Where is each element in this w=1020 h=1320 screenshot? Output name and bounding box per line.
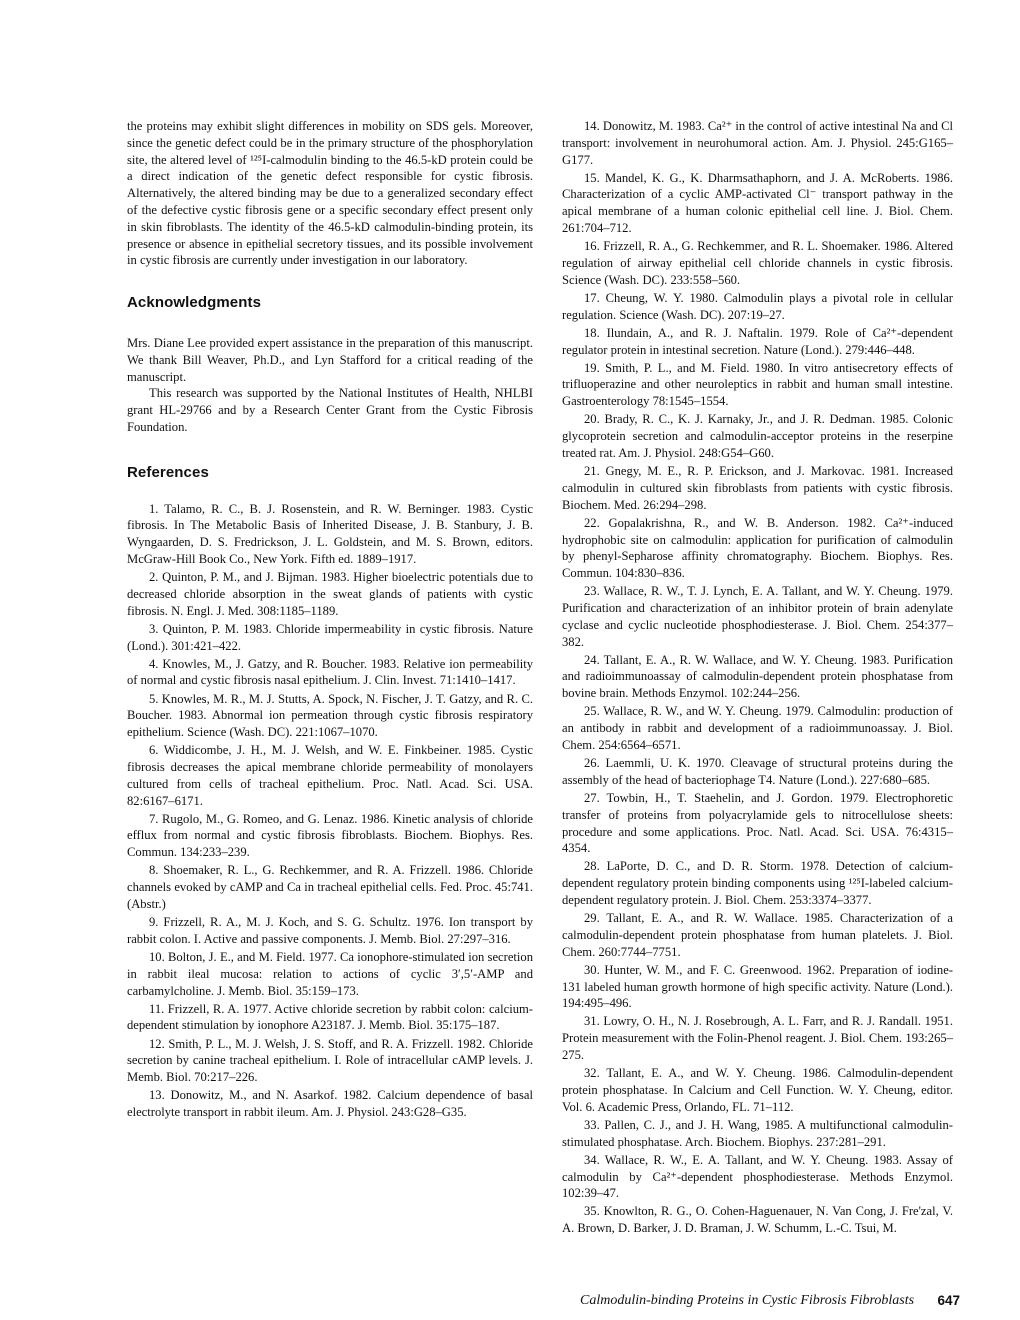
reference-item: 28. LaPorte, D. C., and D. R. Storm. 197… — [562, 858, 953, 908]
reference-item: 26. Laemmli, U. K. 1970. Cleavage of str… — [562, 755, 953, 789]
reference-item: 35. Knowlton, R. G., O. Cohen-Haguenauer… — [562, 1203, 953, 1237]
reference-item: 30. Hunter, W. M., and F. C. Greenwood. … — [562, 962, 953, 1012]
page-number: 647 — [937, 1293, 960, 1308]
reference-item: 33. Pallen, C. J., and J. H. Wang, 1985.… — [562, 1117, 953, 1151]
reference-item: 7. Rugolo, M., G. Romeo, and G. Lenaz. 1… — [127, 811, 533, 861]
reference-item: 9. Frizzell, R. A., M. J. Koch, and S. G… — [127, 914, 533, 948]
acknowledgments-heading: Acknowledgments — [127, 295, 533, 312]
reference-item: 1. Talamo, R. C., B. J. Rosenstein, and … — [127, 501, 533, 568]
reference-item: 21. Gnegy, M. E., R. P. Erickson, and J.… — [562, 463, 953, 513]
reference-item: 31. Lowry, O. H., N. J. Rosebrough, A. L… — [562, 1013, 953, 1063]
running-title: Calmodulin-binding Proteins in Cystic Fi… — [580, 1293, 914, 1308]
reference-item: 25. Wallace, R. W., and W. Y. Cheung. 19… — [562, 703, 953, 753]
reference-item: 10. Bolton, J. E., and M. Field. 1977. C… — [127, 949, 533, 999]
reference-item: 18. Ilundain, A., and R. J. Naftalin. 19… — [562, 325, 953, 359]
reference-item: 13. Donowitz, M., and N. Asarkof. 1982. … — [127, 1087, 533, 1121]
reference-item: 20. Brady, R. C., K. J. Karnaky, Jr., an… — [562, 411, 953, 461]
reference-item: 2. Quinton, P. M., and J. Bijman. 1983. … — [127, 569, 533, 619]
reference-item: 16. Frizzell, R. A., G. Rechkemmer, and … — [562, 238, 953, 288]
reference-item: 34. Wallace, R. W., E. A. Tallant, and W… — [562, 1152, 953, 1202]
reference-item: 22. Gopalakrishna, R., and W. B. Anderso… — [562, 515, 953, 582]
right-column: 14. Donowitz, M. 1983. Ca²⁺ in the contr… — [562, 118, 953, 1238]
reference-item: 27. Towbin, H., T. Staehelin, and J. Gor… — [562, 790, 953, 857]
reference-item: 3. Quinton, P. M. 1983. Chloride imperme… — [127, 621, 533, 655]
reference-item: 24. Tallant, E. A., R. W. Wallace, and W… — [562, 652, 953, 702]
reference-item: 6. Widdicombe, J. H., M. J. Welsh, and W… — [127, 742, 533, 809]
reference-item: 29. Tallant, E. A., and R. W. Wallace. 1… — [562, 910, 953, 960]
reference-item: 32. Tallant, E. A., and W. Y. Cheung. 19… — [562, 1065, 953, 1115]
reference-item: 4. Knowles, M., J. Gatzy, and R. Boucher… — [127, 656, 533, 690]
left-column: the proteins may exhibit slight differen… — [127, 118, 533, 1122]
reference-item: 15. Mandel, K. G., K. Dharmsathaphorn, a… — [562, 170, 953, 237]
page-footer: Calmodulin-binding Proteins in Cystic Fi… — [580, 1293, 960, 1309]
acknowledgments-paragraph: This research was supported by the Natio… — [127, 385, 533, 435]
reference-item: 12. Smith, P. L., M. J. Welsh, J. S. Sto… — [127, 1036, 533, 1086]
body-paragraph: the proteins may exhibit slight differen… — [127, 118, 533, 269]
reference-item: 23. Wallace, R. W., T. J. Lynch, E. A. T… — [562, 583, 953, 650]
references-heading: References — [127, 465, 533, 482]
reference-item: 19. Smith, P. L., and M. Field. 1980. In… — [562, 360, 953, 410]
reference-item: 8. Shoemaker, R. L., G. Rechkemmer, and … — [127, 862, 533, 912]
reference-item: 11. Frizzell, R. A. 1977. Active chlorid… — [127, 1001, 533, 1035]
reference-item: 5. Knowles, M. R., M. J. Stutts, A. Spoc… — [127, 691, 533, 741]
reference-item: 14. Donowitz, M. 1983. Ca²⁺ in the contr… — [562, 118, 953, 168]
acknowledgments-paragraph: Mrs. Diane Lee provided expert assistanc… — [127, 335, 533, 385]
reference-item: 17. Cheung, W. Y. 1980. Calmodulin plays… — [562, 290, 953, 324]
